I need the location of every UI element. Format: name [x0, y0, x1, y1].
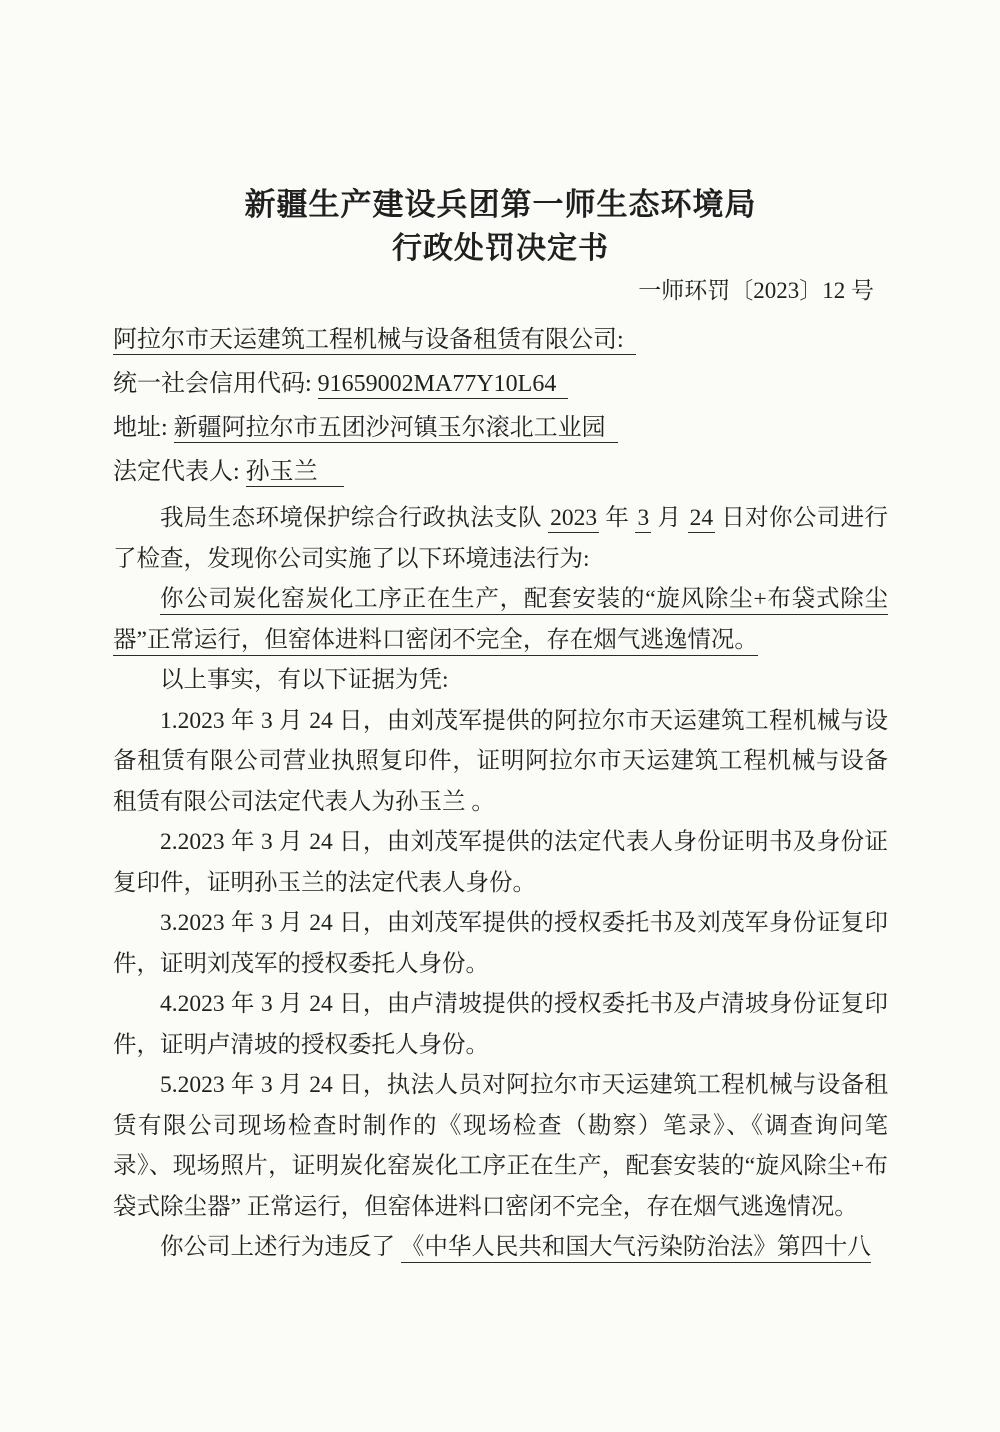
legal-basis-paragraph: 你公司上述行为违反了 《中华人民共和国大气污染防治法》第四十八 [113, 1227, 888, 1268]
evidence-item-3: 3.2023 年 3 月 24 日，由刘茂军提供的授权委托书及刘茂军身份证复印件… [113, 903, 888, 984]
evidence-item-2: 2.2023 年 3 月 24 日，由刘茂军提供的法定代表人身份证明书及身份证复… [113, 822, 888, 903]
address-value: 新疆阿拉尔市五团沙河镇玉尔滚北工业园 [174, 415, 618, 443]
evidence-item-5: 5.2023 年 3 月 24 日，执法人员对阿拉尔市天运建筑工程机械与设备租赁… [113, 1065, 888, 1227]
legal-representative-line: 法定代表人: 孙玉兰 [113, 450, 888, 494]
legal-representative-label: 法定代表人: [113, 459, 246, 485]
inspection-text: 我局生态环境保护综合行政执法支队 [160, 505, 548, 531]
evidence-intro: 以上事实，有以下证据为凭: [113, 660, 888, 701]
violation-paragraph: 你公司炭化窑炭化工序正在生产，配套安装的“旋风除尘+布袋式除尘器”正常运行，但窑… [113, 579, 888, 660]
address-line: 地址: 新疆阿拉尔市五团沙河镇玉尔滚北工业园 [113, 406, 888, 450]
document-body: 我局生态环境保护综合行政执法支队 2023 年 3 月 24 日对你公司进行了检… [113, 498, 888, 1268]
law-reference: 《中华人民共和国大气污染防治法》第四十八 [401, 1234, 871, 1263]
legal-representative-name: 孙玉兰 [246, 459, 344, 487]
document-subtitle: 行政处罚决定书 [113, 227, 888, 271]
scanned-document-page: 新疆生产建设兵团第一师生态环境局 行政处罚决定书 一师环罚〔2023〕12 号 … [0, 0, 1000, 1432]
inspection-paragraph: 我局生态环境保护综合行政执法支队 2023 年 3 月 24 日对你公司进行了检… [113, 498, 888, 579]
violation-statement: 你公司炭化窑炭化工序正在生产，配套安装的“旋风除尘+布袋式除尘器”正常运行，但窑… [113, 586, 888, 656]
recipient-company-line: 阿拉尔市天运建筑工程机械与设备租赁有限公司: [113, 318, 888, 362]
evidence-item-1: 1.2023 年 3 月 24 日，由刘茂军提供的阿拉尔市天运建筑工程机械与设备… [113, 701, 888, 823]
inspection-year: 2023 [548, 505, 599, 533]
inspection-month-unit: 月 [651, 505, 687, 531]
evidence-item-4: 4.2023 年 3 月 24 日，由卢清坡提供的授权委托书及卢清坡身份证复印件… [113, 984, 888, 1065]
inspection-month: 3 [635, 505, 651, 533]
legal-basis-text: 你公司上述行为违反了 [160, 1234, 401, 1260]
inspection-day: 24 [688, 505, 716, 533]
document-number: 一师环罚〔2023〕12 号 [113, 276, 888, 306]
inspection-year-unit: 年 [599, 505, 635, 531]
credit-code-value: 91659002MA77Y10L64 [318, 371, 569, 399]
recipient-company-name: 阿拉尔市天运建筑工程机械与设备租赁有限公司: [113, 327, 636, 355]
credit-code-label: 统一社会信用代码: [113, 371, 318, 397]
credit-code-line: 统一社会信用代码: 91659002MA77Y10L64 [113, 362, 888, 406]
document-title: 新疆生产建设兵团第一师生态环境局 [113, 183, 888, 227]
recipient-info-block: 阿拉尔市天运建筑工程机械与设备租赁有限公司: 统一社会信用代码: 9165900… [113, 318, 888, 494]
address-label: 地址: [113, 415, 174, 441]
